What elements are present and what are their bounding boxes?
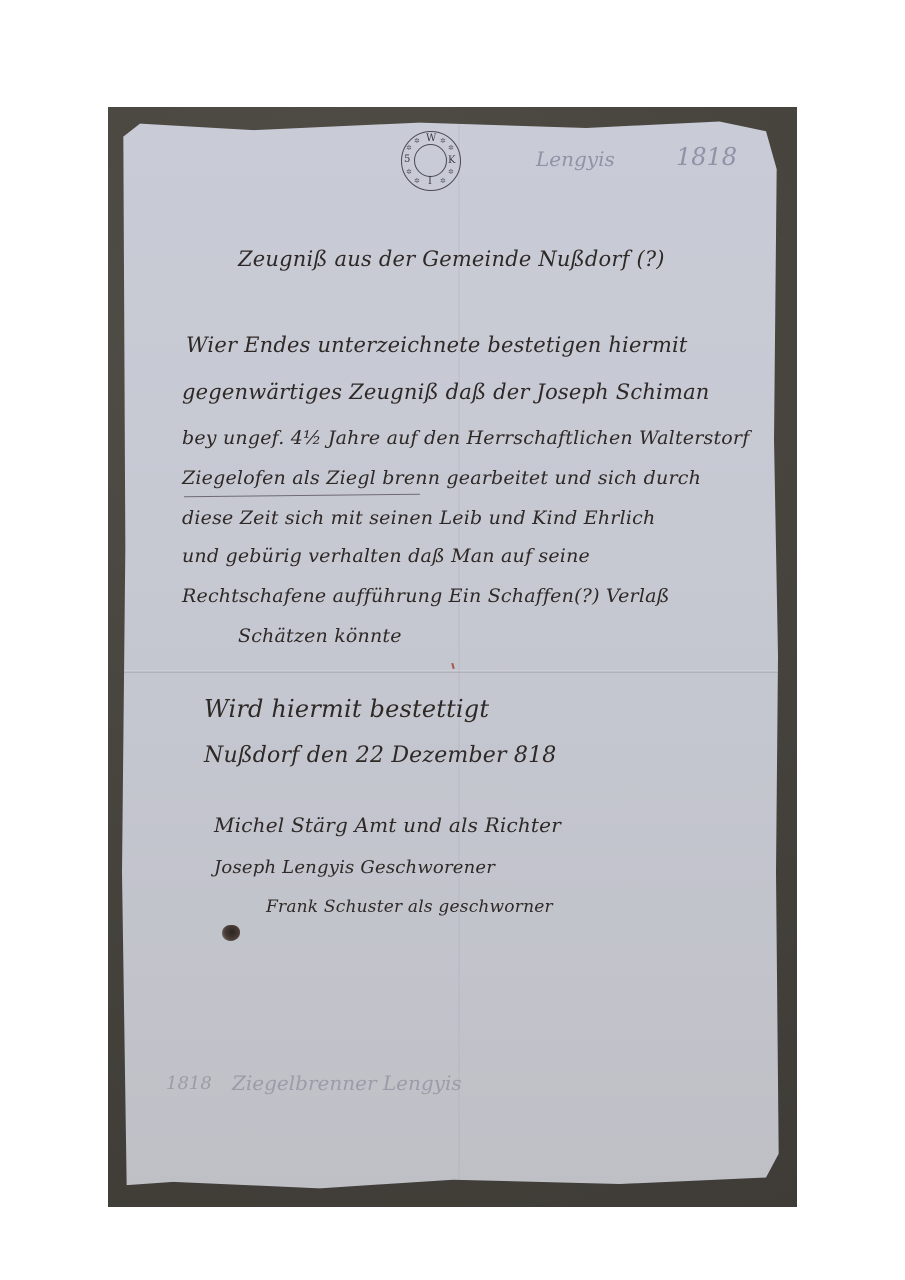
body-line-3: bey ungef. 4½ Jahre auf den Herrschaftli… (182, 427, 749, 449)
signature-3: Frank Schuster als geschworner (266, 897, 553, 917)
stamp-letter-k: K (448, 156, 455, 166)
stamp-star-icon: ✲ (448, 145, 454, 152)
paper-fold-vertical (458, 115, 460, 1197)
ink-blot (222, 925, 240, 941)
underline-ziegelofen (184, 494, 420, 497)
archive-note-text: Ziegelbrenner Lengyis (232, 1071, 462, 1095)
document-heading: Zeugniß aus der Gemeinde Nußdorf (?) (238, 247, 665, 271)
pencil-name-top: Lengyis (536, 147, 615, 171)
body-line-4: Ziegelofen als Ziegl brenn gearbeitet un… (182, 467, 701, 489)
stamp-star-icon: ✲ (406, 169, 412, 176)
pencil-year-top: 1818 (676, 143, 737, 171)
ink-speck (451, 663, 454, 669)
archive-note-year: 1818 (166, 1073, 212, 1094)
body-line-8: Schätzen könnte (238, 625, 402, 647)
document-photo-background: W K I 5 ✲ ✲ ✲ ✲ ✲ ✲ ✲ ✲ Lengyis 1818 Zeu… (108, 107, 797, 1207)
stamp-letter-i: I (428, 177, 432, 187)
circular-stamp: W K I 5 ✲ ✲ ✲ ✲ ✲ ✲ ✲ ✲ (401, 131, 461, 191)
paper-fold-horizontal (120, 670, 786, 673)
body-line-1: Wier Endes unterzeichnete bestetigen hie… (186, 333, 688, 357)
body-line-6: und gebürig verhalten daß Man auf seine (182, 545, 590, 567)
stamp-letter-5: 5 (404, 155, 410, 165)
stamp-letter-w: W (426, 134, 436, 144)
body-line-7: Rechtschafene aufführung Ein Schaffen(?)… (182, 585, 670, 607)
signature-1: Michel Stärg Amt und als Richter (214, 813, 561, 837)
closing-line-1: Wird hiermit bestettigt (204, 695, 489, 723)
stamp-star-icon: ✲ (414, 178, 420, 185)
signature-2: Joseph Lengyis Geschworener (214, 857, 495, 878)
stamp-star-icon: ✲ (448, 169, 454, 176)
body-line-2: gegenwärtiges Zeugniß daß der Joseph Sch… (182, 380, 710, 404)
paper-sheet: W K I 5 ✲ ✲ ✲ ✲ ✲ ✲ ✲ ✲ Lengyis 1818 Zeu… (120, 115, 786, 1197)
body-line-5: diese Zeit sich mit seinen Leib und Kind… (182, 507, 655, 529)
stamp-inner-ring (414, 144, 447, 177)
stamp-star-icon: ✲ (440, 178, 446, 185)
stamp-star-icon: ✲ (414, 138, 420, 145)
stamp-star-icon: ✲ (406, 145, 412, 152)
closing-line-date: Nußdorf den 22 Dezember 818 (204, 743, 556, 768)
stamp-star-icon: ✲ (440, 138, 446, 145)
